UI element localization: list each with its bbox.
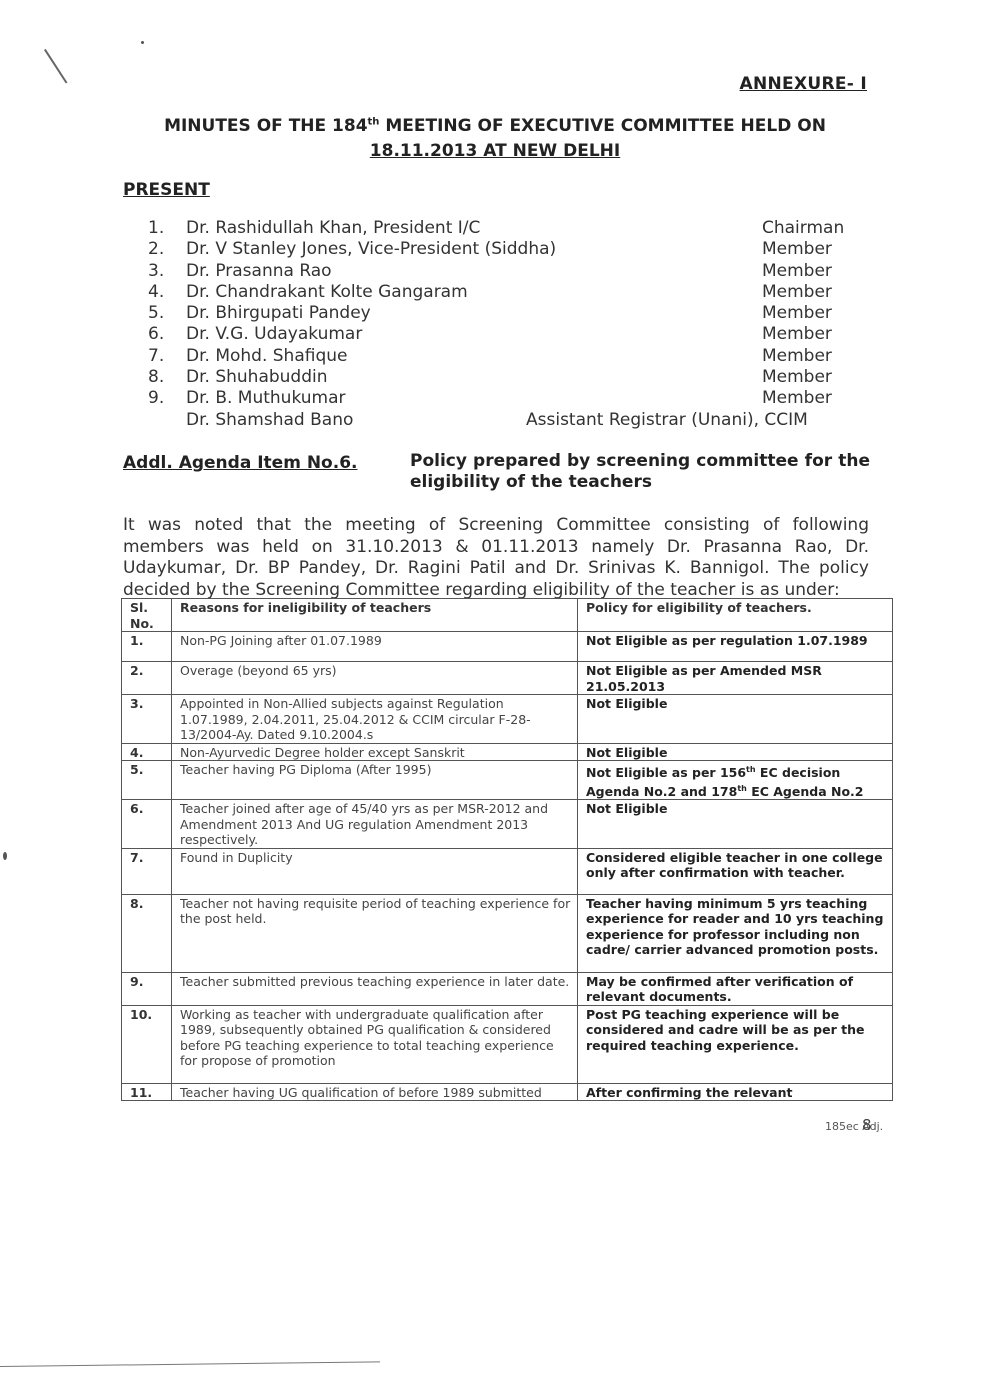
member-role: Member	[762, 239, 848, 260]
scan-speck	[141, 41, 144, 44]
table-row: 11.Teacher having UG qualification of be…	[122, 1083, 893, 1101]
table-row: 4.Non-Ayurvedic Degree holder except San…	[122, 743, 893, 761]
eligibility-policy: Not Eligible	[578, 743, 893, 761]
ineligibility-reason: Found in Duplicity	[172, 848, 578, 894]
table-row: 5.Teacher having PG Diploma (After 1995)…	[122, 761, 893, 800]
member-number: 7.	[148, 346, 186, 367]
member-role: Assistant Registrar (Unani), CCIM	[526, 410, 848, 431]
serial-number: 8.	[122, 894, 172, 972]
table-row: 2.Overage (beyond 65 yrs)Not Eligible as…	[122, 662, 893, 695]
member-row: 7.Dr. Mohd. ShafiqueMember	[148, 346, 848, 367]
eligibility-policy: Not Eligible	[578, 800, 893, 849]
serial-number: 7.	[122, 848, 172, 894]
member-row: 6.Dr. V.G. UdayakumarMember	[148, 324, 848, 345]
table-row: 3.Appointed in Non-Allied subjects again…	[122, 695, 893, 744]
member-role: Member	[762, 367, 848, 388]
member-row: 3.Dr. Prasanna RaoMember	[148, 261, 848, 282]
member-role: Member	[762, 303, 848, 324]
eligibility-policy-table: Sl. No.Reasons for ineligibility of teac…	[121, 598, 893, 1101]
member-name: Dr. V Stanley Jones, Vice-President (Sid…	[186, 239, 762, 260]
ineligibility-reason: Non-Ayurvedic Degree holder except Sansk…	[172, 743, 578, 761]
member-number: 6.	[148, 324, 186, 345]
ineligibility-reason: Working as teacher with undergraduate qu…	[172, 1005, 578, 1083]
member-row: 9.Dr. B. MuthukumarMember	[148, 388, 848, 409]
member-name: Dr. Shuhabuddin	[186, 367, 762, 388]
member-role: Member	[762, 261, 848, 282]
table-row: 7.Found in DuplicityConsidered eligible …	[122, 848, 893, 894]
page-number: 8	[862, 1116, 872, 1134]
ineligibility-reason: Teacher submitted previous teaching expe…	[172, 972, 578, 1005]
table-row: 9.Teacher submitted previous teaching ex…	[122, 972, 893, 1005]
serial-number: 11.	[122, 1083, 172, 1101]
table-row: 1.Non-PG Joining after 01.07.1989Not Eli…	[122, 632, 893, 662]
serial-number: 5.	[122, 761, 172, 800]
serial-number: 1.	[122, 632, 172, 662]
column-header: Reasons for ineligibility of teachers	[172, 599, 578, 632]
ineligibility-reason: Non-PG Joining after 01.07.1989	[172, 632, 578, 662]
table-header-row: Sl. No.Reasons for ineligibility of teac…	[122, 599, 893, 632]
member-name: Dr. V.G. Udayakumar	[186, 324, 762, 345]
member-name: Dr. Bhirgupati Pandey	[186, 303, 762, 324]
serial-number: 10.	[122, 1005, 172, 1083]
agenda-item-label: Addl. Agenda Item No.6.	[123, 453, 357, 473]
table-row: 10.Working as teacher with undergraduate…	[122, 1005, 893, 1083]
member-name: Dr. B. Muthukumar	[186, 388, 762, 409]
member-number: 5.	[148, 303, 186, 324]
ineligibility-reason: Teacher having PG Diploma (After 1995)	[172, 761, 578, 800]
eligibility-policy: Not Eligible	[578, 695, 893, 744]
member-row: 8.Dr. ShuhabuddinMember	[148, 367, 848, 388]
intro-paragraph: It was noted that the meeting of Screeni…	[123, 515, 869, 601]
serial-number: 9.	[122, 972, 172, 1005]
ineligibility-reason: Teacher not having requisite period of t…	[172, 894, 578, 972]
ineligibility-reason: Teacher joined after age of 45/40 yrs as…	[172, 800, 578, 849]
member-row: Dr. Shamshad BanoAssistant Registrar (Un…	[148, 410, 848, 431]
agenda-item-title: Policy prepared by screening committee f…	[410, 451, 870, 493]
member-role: Member	[762, 388, 848, 409]
member-number: 8.	[148, 367, 186, 388]
present-heading: PRESENT	[123, 180, 210, 200]
member-row: 5.Dr. Bhirgupati PandeyMember	[148, 303, 848, 324]
table-row: 8.Teacher not having requisite period of…	[122, 894, 893, 972]
member-number: 4.	[148, 282, 186, 303]
document-title-line1: MINUTES OF THE 184th MEETING OF EXECUTIV…	[0, 116, 990, 136]
document-title-line2: 18.11.2013 AT NEW DELHI	[0, 141, 990, 161]
member-role: Member	[762, 324, 848, 345]
member-role: Member	[762, 282, 848, 303]
serial-number: 2.	[122, 662, 172, 695]
ineligibility-reason: Overage (beyond 65 yrs)	[172, 662, 578, 695]
serial-number: 4.	[122, 743, 172, 761]
member-number: 2.	[148, 239, 186, 260]
member-name: Dr. Prasanna Rao	[186, 261, 762, 282]
eligibility-policy: Not Eligible as per 156th EC decision Ag…	[578, 761, 893, 800]
eligibility-policy: Post PG teaching experience will be cons…	[578, 1005, 893, 1083]
member-name: Dr. Rashidullah Khan, President I/C	[186, 218, 762, 239]
eligibility-policy: Not Eligible as per regulation 1.07.1989	[578, 632, 893, 662]
footer-reference: 185ec Adj.	[825, 1120, 883, 1133]
scan-pen-mark	[44, 49, 67, 84]
member-row: 4.Dr. Chandrakant Kolte GangaramMember	[148, 282, 848, 303]
eligibility-policy: Not Eligible as per Amended MSR 21.05.20…	[578, 662, 893, 695]
column-header: Sl. No.	[122, 599, 172, 632]
member-row: 1.Dr. Rashidullah Khan, President I/CCha…	[148, 218, 848, 239]
ineligibility-reason: Teacher having UG qualification of befor…	[172, 1083, 578, 1101]
member-number: 9.	[148, 388, 186, 409]
scan-edge-line	[0, 1361, 380, 1367]
column-header: Policy for eligibility of teachers.	[578, 599, 893, 632]
eligibility-policy: Considered eligible teacher in one colle…	[578, 848, 893, 894]
member-number	[148, 410, 186, 431]
annexure-label: ANNEXURE- I	[740, 74, 867, 94]
member-name: Dr. Shamshad Bano	[186, 410, 526, 431]
eligibility-policy: May be confirmed after verification of r…	[578, 972, 893, 1005]
member-row: 2.Dr. V Stanley Jones, Vice-President (S…	[148, 239, 848, 260]
member-number: 3.	[148, 261, 186, 282]
scan-speck	[3, 852, 7, 860]
member-number: 1.	[148, 218, 186, 239]
serial-number: 3.	[122, 695, 172, 744]
member-name: Dr. Mohd. Shafique	[186, 346, 762, 367]
members-list: 1.Dr. Rashidullah Khan, President I/CCha…	[148, 218, 848, 431]
eligibility-policy: After confirming the relevant	[578, 1083, 893, 1101]
serial-number: 6.	[122, 800, 172, 849]
member-name: Dr. Chandrakant Kolte Gangaram	[186, 282, 762, 303]
eligibility-policy: Teacher having minimum 5 yrs teaching ex…	[578, 894, 893, 972]
table-row: 6.Teacher joined after age of 45/40 yrs …	[122, 800, 893, 849]
member-role: Member	[762, 346, 848, 367]
member-role: Chairman	[762, 218, 848, 239]
ineligibility-reason: Appointed in Non-Allied subjects against…	[172, 695, 578, 744]
